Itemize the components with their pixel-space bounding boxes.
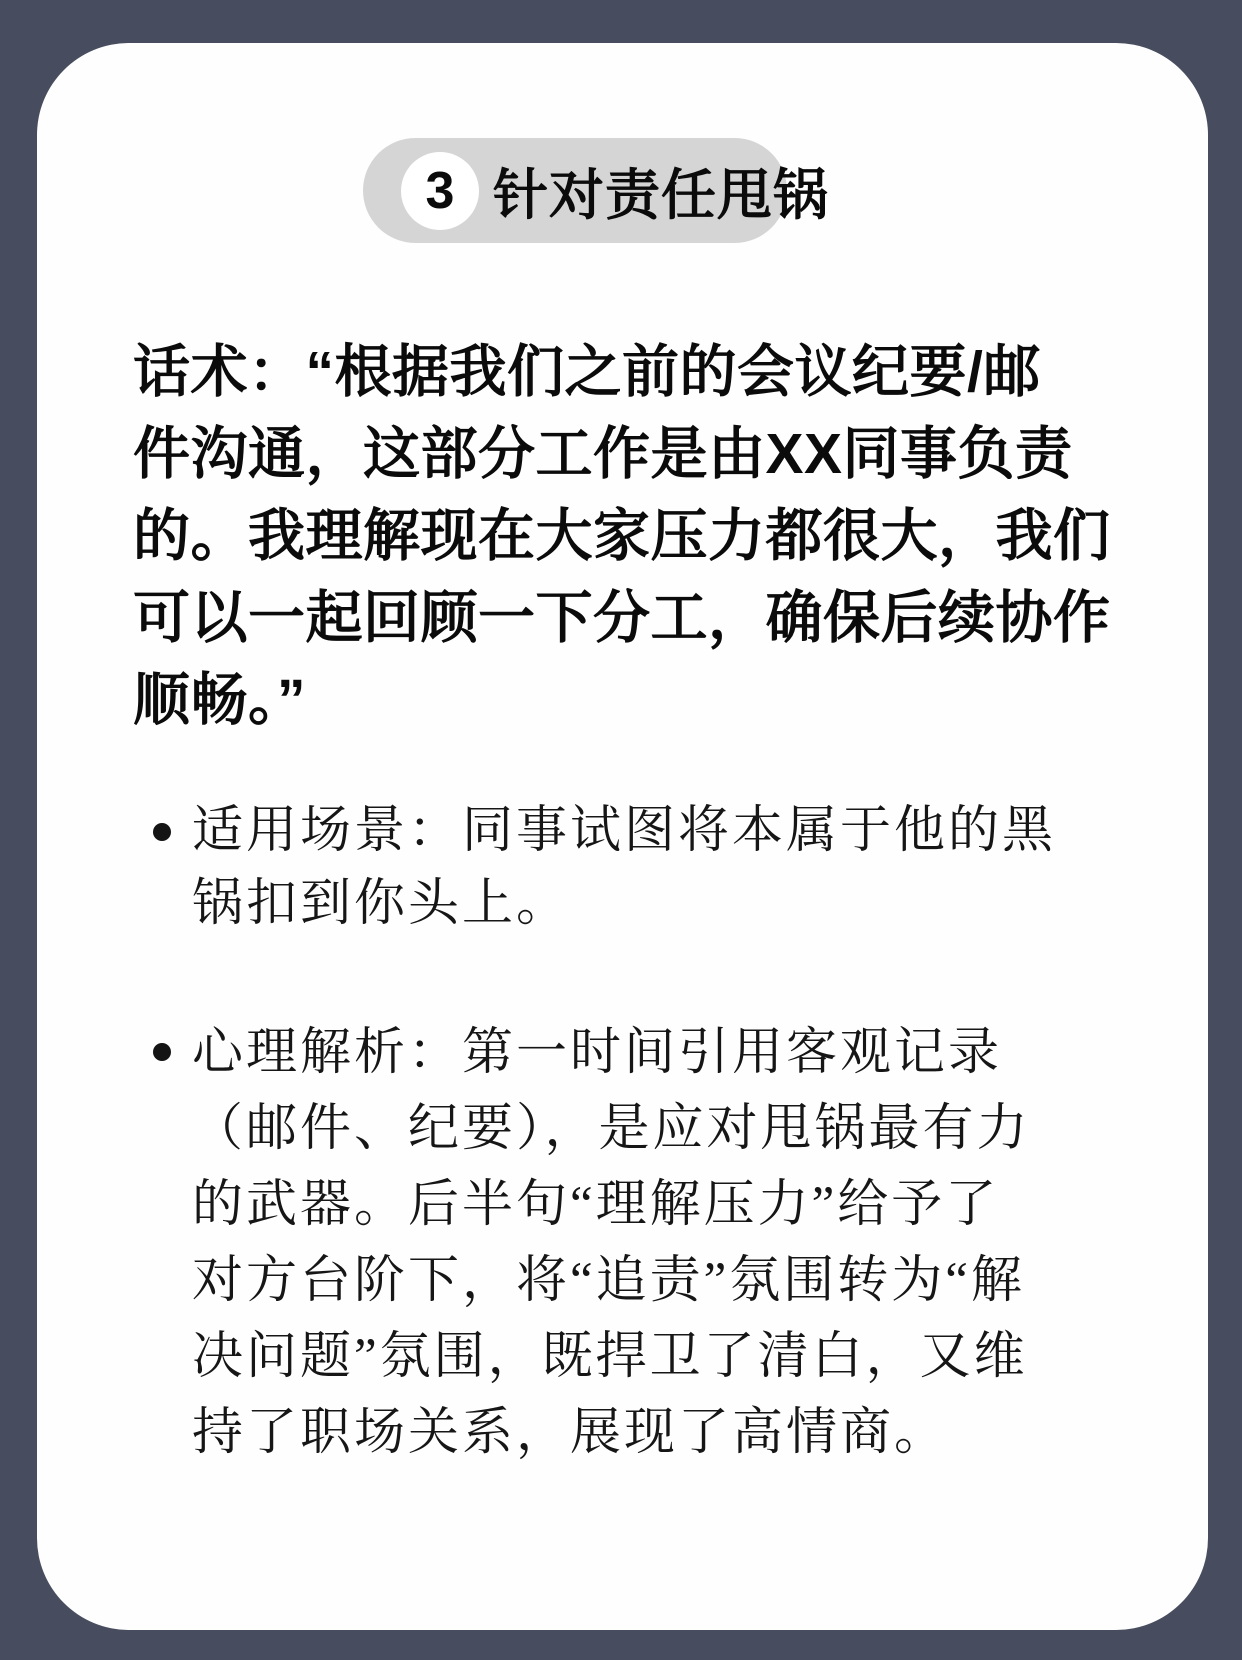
bullet-text-psychology-analysis: 心理解析：第一时间引用客观记录 （邮件、纪要），是应对甩锅最有力 的武器。后半句… [192, 1015, 1152, 1471]
bullet-dot-icon [153, 1043, 171, 1061]
badge-title: 针对责任甩锅 [493, 151, 829, 230]
bullet-text-usage-scenario: 适用场景：同事试图将本属于他的黑 锅扣到你头上。 [192, 795, 1152, 941]
bullet-item-psychology-analysis: 心理解析：第一时间引用客观记录 （邮件、纪要），是应对甩锅最有力 的武器。后半句… [153, 1015, 1152, 1471]
badge-number-circle: 3 [401, 152, 479, 230]
bullet-item-usage-scenario: 适用场景：同事试图将本属于他的黑 锅扣到你头上。 [153, 795, 1152, 941]
speech-script-paragraph: 话术：“根据我们之前的会议纪要/邮 件沟通，这部分工作是由XX同事负责 的。我理… [133, 331, 1183, 741]
badge-number: 3 [426, 165, 455, 217]
bullet-dot-icon [153, 823, 171, 841]
content-card: 3 针对责任甩锅 话术：“根据我们之前的会议纪要/邮 件沟通，这部分工作是由XX… [37, 43, 1208, 1630]
section-badge: 3 针对责任甩锅 [363, 138, 787, 243]
